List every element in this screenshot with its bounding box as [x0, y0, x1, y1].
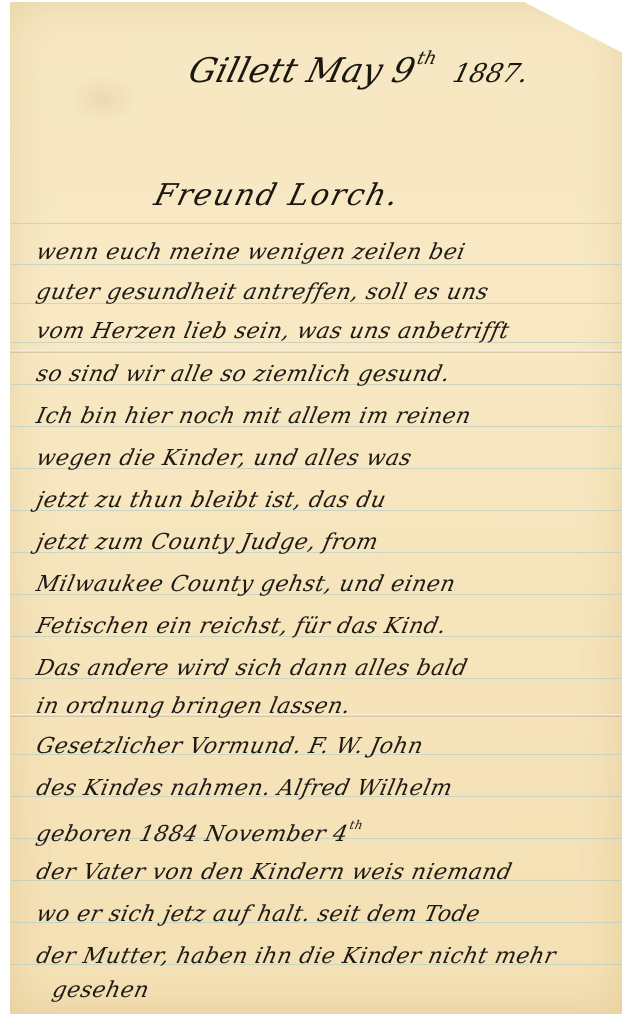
paper-emboss-stamp — [68, 74, 138, 124]
body-line: gesehen — [50, 978, 152, 1003]
child-name-line: des Kindes nahmen. Alfred Wilhelm — [34, 776, 455, 801]
salutation: Freund Lorch. — [151, 178, 404, 213]
body-line: in ordnung bringen lassen. — [34, 694, 353, 719]
body-line: wenn euch meine wenigen zeilen bei — [34, 240, 468, 265]
birth-date-text: geboren 1884 November 4 — [34, 822, 350, 847]
body-line: wegen die Kinder, und alles was — [34, 446, 414, 471]
body-line: Ich bin hier noch mit allem im reinen — [34, 404, 474, 429]
body-line: der Vater von den Kindern weis niemand — [34, 860, 514, 885]
body-line: guter gesundheit antreffen, soll es uns — [34, 280, 491, 305]
date-year: 1887. — [450, 59, 532, 89]
birth-date-line: geboren 1884 November 4th — [34, 818, 365, 847]
date-day: 9 — [388, 51, 420, 91]
body-line: Milwaukee County gehst, und einen — [34, 572, 458, 597]
guardian-line: Gesetzlicher Vormund. F. W. John — [34, 734, 426, 759]
letter-date: Gillett May 9th 1887. — [185, 48, 535, 91]
body-line: so sind wir alle so ziemlich gesund. — [34, 362, 452, 387]
date-place: Gillett — [185, 51, 302, 91]
document-scan: Gillett May 9th 1887. Freund Lorch. wenn… — [0, 0, 631, 1024]
body-line: der Mutter, haben ihn die Kinder nicht m… — [34, 944, 558, 969]
body-line: Das andere wird sich dann alles bald — [34, 656, 470, 681]
date-day-suffix: th — [415, 48, 439, 69]
body-line: jetzt zum County Judge, from — [34, 530, 381, 555]
body-line: vom Herzen lieb sein, was uns anbetrifft — [34, 319, 512, 344]
body-line: wo er sich jetz auf halt. seit dem Tode — [34, 902, 483, 927]
fold-crease — [10, 350, 622, 353]
body-line: Fetischen ein reichst, für das Kind. — [34, 614, 449, 639]
ruled-line — [10, 223, 622, 224]
date-month: May — [303, 51, 387, 91]
body-line: jetzt zu thun bleibt ist, das du — [34, 488, 389, 513]
